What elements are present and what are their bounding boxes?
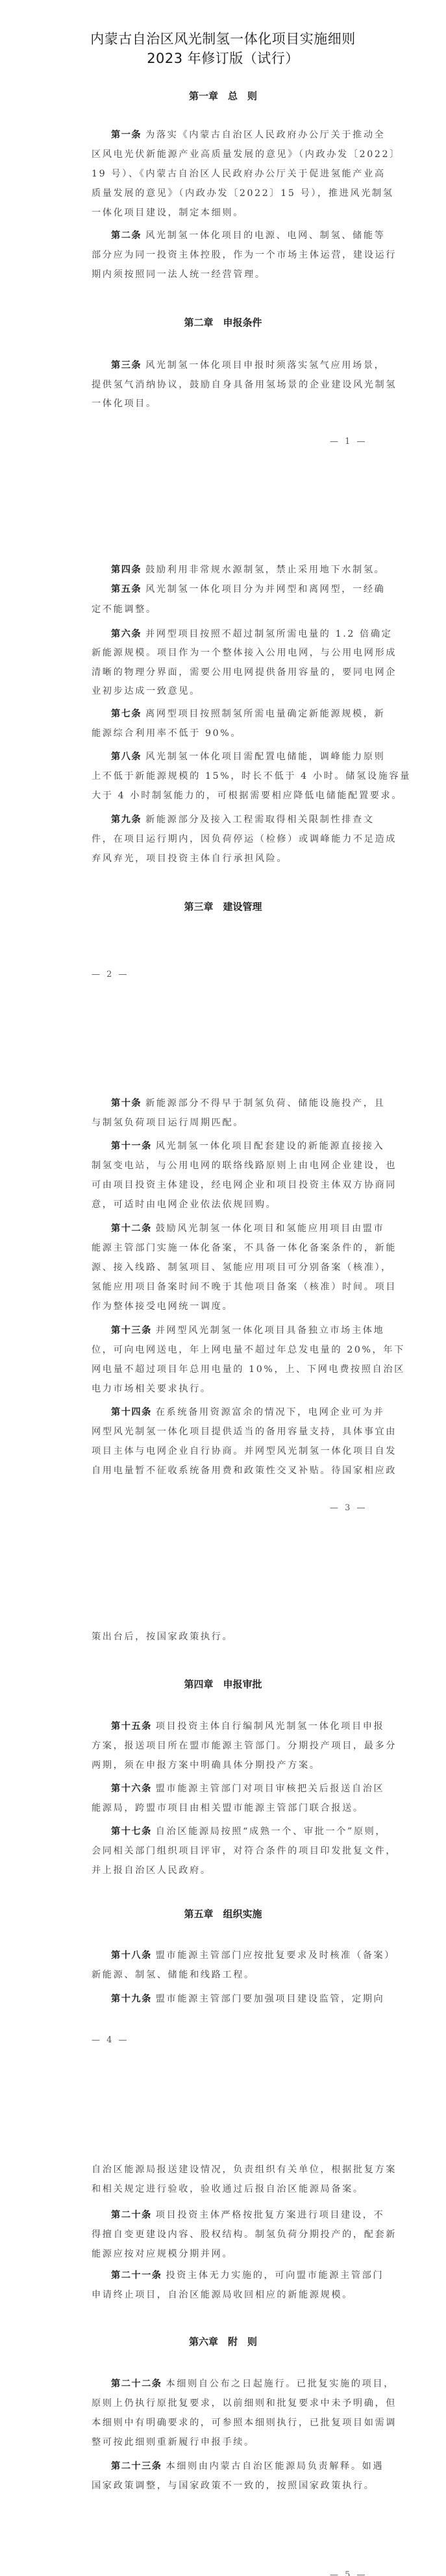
article-text: 能源应按对应规模分期并网。 bbox=[92, 2248, 365, 2261]
article-text: 离网型项目按照制氢所需电量确定新能源规模，新 bbox=[145, 709, 385, 719]
article-lead: 第七条 bbox=[111, 709, 142, 719]
article-text: 风光制氢一体化项目分为并网型和离网型，一经确 bbox=[145, 584, 385, 595]
chapter-heading-4: 第四章 申报审批 bbox=[0, 1677, 446, 1691]
article-lead: 第二条 bbox=[111, 230, 142, 241]
article-text: 能源主管部门实施一体化备案，不具备一体化备案条件的，新能 bbox=[92, 1242, 365, 1255]
article-text: 电力市场相关要求执行。 bbox=[92, 1382, 365, 1395]
article-text: 大于 4 小时制氢能力的，可根据需要相应降低电储能配置要求。 bbox=[92, 789, 365, 802]
article-text: 自用电量暂不征收系统备用费和政策性交叉补贴。待国家相应政 bbox=[92, 1464, 365, 1477]
article-text: 件，在项目运行期内，因负荷停运（检修）或调峰能力不足造成 bbox=[92, 833, 365, 846]
article-lead: 第四条 bbox=[111, 565, 142, 575]
article-text: 清晰的物理分界面，需要公用电网提供备用容量的，要同电网企 bbox=[92, 666, 365, 679]
article-lead: 第十三条 bbox=[111, 1325, 152, 1336]
article-lead: 第一条 bbox=[111, 130, 142, 140]
article-text: 一体化项目。 bbox=[92, 397, 365, 410]
article-text: 鼓励风光制氢一体化项目和氢能应用项目由盟市 bbox=[156, 1223, 385, 1234]
article-text: 为落实《内蒙古自治区人民政府办公厅关于推动全 bbox=[145, 130, 385, 140]
article-text: 网型风光制氢一体化项目提供适当的备用容量支持，具体事宜由 bbox=[92, 1425, 365, 1438]
chapter-heading-1: 第一章 总 则 bbox=[0, 89, 446, 103]
article-text: 和相关规定进行验收，验收通过后报自治区能源局备案。 bbox=[92, 2183, 365, 2196]
article-lead: 第二十条 bbox=[111, 2210, 152, 2220]
article-text: 本细则中有明确要求的，可参照本细则执行，已批复项目如需调 bbox=[92, 2416, 365, 2429]
article-text: 会同相关部门组织项目评审，对符合条件的项目印发批复文件， bbox=[92, 1845, 365, 1858]
article-text: 盟市能源主管部门对项目审核把关后报送自治区 bbox=[156, 1784, 385, 1794]
article-lead: 第十八条 bbox=[111, 1950, 152, 1961]
article-lead: 第十条 bbox=[111, 1098, 142, 1109]
article-text: 能源综合利用率不低于 90%。 bbox=[92, 727, 365, 740]
article-text: 并上报自治区人民政府。 bbox=[92, 1864, 365, 1877]
article-text: 风光制氢一体化项目的电源、电网、制氢、储能等 bbox=[145, 230, 385, 241]
article-text: 位，可向电网送电，年上网电量不超过年总发电量的 20%，年下 bbox=[92, 1343, 365, 1356]
chapter-heading-2: 第二章 申报条件 bbox=[0, 315, 446, 329]
article-text: 并网型风光制氢一体化项目具备独立市场主体地 bbox=[156, 1325, 385, 1336]
article-lead: 第十二条 bbox=[111, 1223, 152, 1234]
article-lead: 第十七条 bbox=[111, 1826, 152, 1837]
article-text: 19 号）、《内蒙古自治区人民政府办公厅关于促进氢能产业高 bbox=[92, 167, 365, 180]
article-text: 自治区能源局按照“成熟一个、审批一个”原则， bbox=[156, 1826, 386, 1837]
article-lead: 第二十一条 bbox=[111, 2270, 162, 2281]
article-lead: 第十六条 bbox=[111, 1784, 152, 1794]
article-text: 在系统备用资源富余的情况下，电网企业可为并 bbox=[156, 1407, 385, 1417]
article-text: 新能源部分不得早于制氢负荷、储能设施投产，且 bbox=[145, 1098, 385, 1109]
article-text: 意，可适时由电网企业依法依规回购。 bbox=[92, 1198, 365, 1211]
article-text: 自治区能源局报送建设情况，负责组织有关单位，根据批复方案 bbox=[92, 2163, 365, 2176]
article-text: 可由项目投资主体建设，经电网企业和项目投资主体双方协商同 bbox=[92, 1179, 365, 1192]
article-text: 上不低于新能源规模的 15%，时长不低于 4 小时。储氢设施容量 bbox=[92, 770, 365, 783]
page-number-5: — 5 — bbox=[330, 2570, 367, 2576]
article-text: 风光制氢一体化项目配套建设的新能源直接接入 bbox=[156, 1141, 385, 1151]
article-lead: 第十四条 bbox=[111, 1407, 152, 1417]
article-text: 弃风弃光，项目投资主体自行承担风险。 bbox=[92, 852, 365, 865]
article-lead: 第二十二条 bbox=[111, 2379, 162, 2389]
article-text: 项目投资主体自行编制风光制氢一体化项目申报 bbox=[156, 1721, 385, 1732]
article-text: 原则上仍执行原批复要求，以前细则和批复要求中未予明确，但 bbox=[92, 2397, 365, 2410]
article-text: 策出台后，按国家政策执行。 bbox=[92, 1630, 365, 1643]
article-lead: 第十一条 bbox=[111, 1141, 152, 1151]
article-text: 盟市能源主管部门要加强项目建设监管，定期向 bbox=[156, 1994, 385, 2004]
page-number-2: — 2 — bbox=[92, 970, 129, 979]
chapter-heading-6: 第六章 附 则 bbox=[0, 2335, 446, 2348]
page-number-3: — 3 — bbox=[330, 1503, 367, 1513]
article-text: 制氢变电站，与公用电网的联络线路原则上由电网企业建设，也 bbox=[92, 1159, 365, 1172]
article-text: 网电量不超过项目年总用电量的 10%，上、下网电费按照自治区 bbox=[92, 1363, 365, 1376]
article-lead: 第九条 bbox=[111, 815, 142, 825]
article-text: 区风电光伏新能源产业高质量发展的意见》（内政办发〔2022〕 bbox=[92, 148, 365, 161]
article-lead: 第三条 bbox=[111, 360, 142, 371]
article-text: 提供氢气消纳协议，鼓励自身具备用氢场景的企业建设风光制氢 bbox=[92, 378, 365, 391]
chapter-heading-3: 第三章 建设管理 bbox=[0, 900, 446, 913]
article-text: 定不能调整。 bbox=[92, 603, 365, 616]
article-text: 两期，须在申报方案中明确具体分期投产方案。 bbox=[92, 1759, 365, 1772]
article-text: 新能源、制氢、储能和线路工程。 bbox=[92, 1969, 365, 1981]
document-title-line-2: 2023 年修订版（试行） bbox=[0, 48, 446, 67]
article-text: 国家政策调整，与国家政策不一致的，按照国家政策执行。 bbox=[92, 2479, 365, 2492]
article-text: 本细则自公布之日起施行。已批复实施的项目， bbox=[166, 2379, 395, 2389]
article-text: 鼓励利用非常规水源制氢，禁止采用地下水制氢。 bbox=[145, 565, 385, 575]
article-text: 业初步达成一致意见。 bbox=[92, 685, 365, 698]
article-lead: 第十九条 bbox=[111, 1994, 152, 2004]
article-text: 风光制氢一体化项目申报时须落实氢气应用场景， bbox=[145, 360, 385, 371]
article-text: 部分应为同一投资主体控股，作为一个市场主体运营，建设运行 bbox=[92, 249, 365, 262]
document-title-line-1: 内蒙古自治区风光制氢一体化项目实施细则 bbox=[0, 29, 446, 48]
article-text: 项目主体与电网企业自行协商。并网型风光制氢一体化项目自发 bbox=[92, 1445, 365, 1458]
article-text: 期内须按照同一法人统一经营管理。 bbox=[92, 268, 365, 281]
article-text: 盟市能源主管部门应按批复要求及时核准（备案） bbox=[156, 1950, 395, 1961]
article-text: 本细则由内蒙古自治区能源局负责解释。如遇 bbox=[166, 2461, 384, 2472]
article-text: 申请终止项目，自治区能源局收回相应的新能源规模。 bbox=[92, 2288, 365, 2301]
article-text: 一体化项目建设，制定本细则。 bbox=[92, 206, 365, 219]
article-text: 质量发展的意见》（内政办发〔2022〕15 号），推进风光制氢 bbox=[92, 187, 365, 200]
article-lead: 第二十三条 bbox=[111, 2461, 162, 2472]
article-text: 源、接入线路、制氢项目、氢能应用项目可分别备案（核准）， bbox=[92, 1261, 365, 1274]
chapter-heading-5: 第五章 组织实施 bbox=[0, 1907, 446, 1920]
article-text: 风光制氢一体化项目需配置电储能，调峰能力原则 bbox=[145, 752, 385, 762]
article-lead: 第六条 bbox=[111, 629, 142, 639]
article-text: 方案，报送项目所在盟市能源主管部门。分期投产项目，最多分 bbox=[92, 1739, 365, 1752]
article-text: 整可按此细则重新履行申报手续。 bbox=[92, 2436, 365, 2449]
article-text: 新能源规模。项目作为一个整体接入公用电网，与公用电网形成 bbox=[92, 646, 365, 659]
page-number-1: — 1 — bbox=[330, 437, 367, 447]
article-text: 与制氢负荷项目运行周期匹配。 bbox=[92, 1116, 365, 1129]
page-number-4: — 4 — bbox=[92, 2035, 129, 2045]
article-lead: 第八条 bbox=[111, 752, 142, 762]
article-text: 项目投资主体严格按批复方案进行项目建设，不 bbox=[156, 2210, 385, 2220]
article-text: 得擅自变更建设内容、股权结构。制氢负荷分期投产的，配套新 bbox=[92, 2228, 365, 2241]
article-lead: 第五条 bbox=[111, 584, 142, 595]
article-text: 投资主体无力实施的，可向盟市能源主管部门 bbox=[166, 2270, 384, 2281]
article-text: 氢能应用项目备案时间不晚于其他项目备案（核准）时间。项目 bbox=[92, 1281, 365, 1294]
article-text: 新能源部分及接入工程需取得相关限制性排查文 bbox=[145, 815, 375, 825]
article-text: 作为整体接受电网统一调度。 bbox=[92, 1300, 365, 1313]
article-lead: 第十五条 bbox=[111, 1721, 152, 1732]
article-text: 并网型项目按照不超过制氢所需电量的 1.2 倍确定 bbox=[145, 629, 392, 639]
article-text: 能源局，跨盟市项目由相关盟市能源主管部门联合报送。 bbox=[92, 1802, 365, 1815]
